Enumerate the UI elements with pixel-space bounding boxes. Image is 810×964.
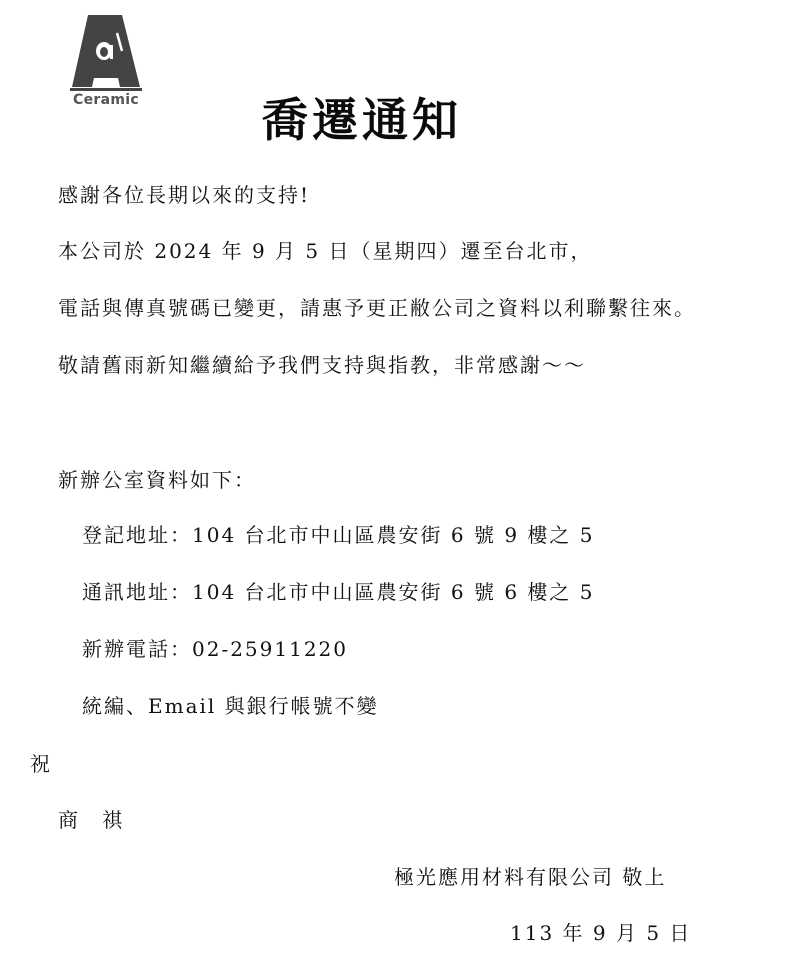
closing-blessing: 商 祺 bbox=[58, 807, 124, 833]
closing-wish: 祝 bbox=[30, 751, 52, 777]
mailing-address: 通訊地址：104 台北市中山區農安街 6 號 6 樓之 5 bbox=[82, 579, 595, 605]
ceramic-a-logo-icon bbox=[66, 12, 146, 94]
signature-date: 113 年 9 月 5 日 bbox=[510, 920, 691, 946]
move-date-text: 本公司於 2024 年 9 月 5 日（星期四）遷至台北市， bbox=[58, 238, 593, 264]
new-phone: 新辦電話：02-25911220 bbox=[82, 636, 348, 662]
thanks-text: 敬請舊雨新知繼續給予我們支持與指教，非常感謝～～ bbox=[58, 352, 586, 378]
contact-change-text: 電話與傳真號碼已變更，請惠予更正敝公司之資料以利聯繫往來。 bbox=[58, 295, 696, 321]
greeting-text: 感謝各位長期以來的支持! bbox=[58, 182, 310, 208]
registered-address: 登記地址：104 台北市中山區農安街 6 號 9 樓之 5 bbox=[82, 522, 595, 548]
page-title: 喬遷通知 bbox=[262, 84, 502, 150]
office-info-heading: 新辦公室資料如下： bbox=[58, 467, 256, 493]
company-logo: Ceramic bbox=[66, 12, 146, 112]
signature: 極光應用材料有限公司 敬上 bbox=[394, 864, 666, 890]
logo-text: Ceramic bbox=[70, 92, 142, 108]
unchanged-info: 統編、Email 與銀行帳號不變 bbox=[82, 693, 379, 719]
